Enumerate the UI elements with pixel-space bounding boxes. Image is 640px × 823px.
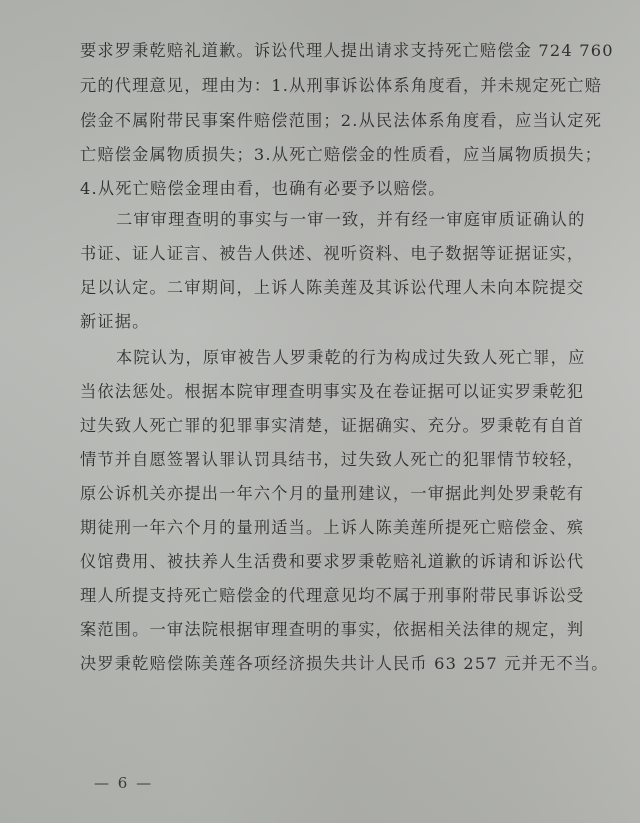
text-line: 元的代理意见，理由为：1.从刑事诉讼体系角度看，并未规定死亡赔 <box>80 76 602 96</box>
text-line: 要求罗秉乾赔礼道歉。诉讼代理人提出请求支持死亡赔偿金 724 760 <box>80 41 614 61</box>
text-line: 理人所提支持死亡赔偿金的代理意见均不属于刑事附带民事诉讼受 <box>80 586 584 606</box>
page-number: — 6 — <box>94 774 153 792</box>
text-line: 原公诉机关亦提出一年六个月的量刑建议，一审据此判处罗秉乾有 <box>80 484 584 504</box>
text-line: 仪馆费用、被扶养人生活费和要求罗秉乾赔礼道歉的诉请和诉讼代 <box>80 552 584 572</box>
text-line: 4.从死亡赔偿金理由看，也确有必要予以赔偿。 <box>80 179 446 199</box>
text-line: 情节并自愿签署认罪认罚具结书，过失致人死亡的犯罪情节较轻， <box>80 450 584 470</box>
text-line: 新证据。 <box>80 312 150 332</box>
text-line: 当依法惩处。根据本院审理查明事实及在卷证据可以证实罗秉乾犯 <box>80 382 584 402</box>
text-line: 亡赔偿金属物质损失；3.从死亡赔偿金的性质看，应当属物质损失； <box>80 145 602 165</box>
paragraph-start: 二审审理查明的事实与一审一致，并有经一审庭审质证确认的 <box>116 210 585 230</box>
text-line: 书证、证人证言、被告人供述、视听资料、电子数据等证据证实， <box>80 244 584 264</box>
text-line: 期徒刑一年六个月的量刑适当。上诉人陈美莲所提死亡赔偿金、殡 <box>80 518 584 538</box>
text-line: 足以认定。二审期间，上诉人陈美莲及其诉讼代理人未向本院提交 <box>80 278 584 298</box>
text-line: 偿金不属附带民事案件赔偿范围；2.从民法体系角度看，应当认定死 <box>80 111 602 131</box>
text-line: 决罗秉乾赔偿陈美莲各项经济损失共计人民币 63 257 元并无不当。 <box>80 654 609 674</box>
text-line: 案范围。一审法院根据审理查明的事实，依据相关法律的规定，判 <box>80 620 584 640</box>
paragraph-start: 本院认为，原审被告人罗秉乾的行为构成过失致人死亡罪，应 <box>116 348 585 368</box>
text-line: 过失致人死亡罪的犯罪事实清楚，证据确实、充分。罗秉乾有自首 <box>80 416 584 436</box>
